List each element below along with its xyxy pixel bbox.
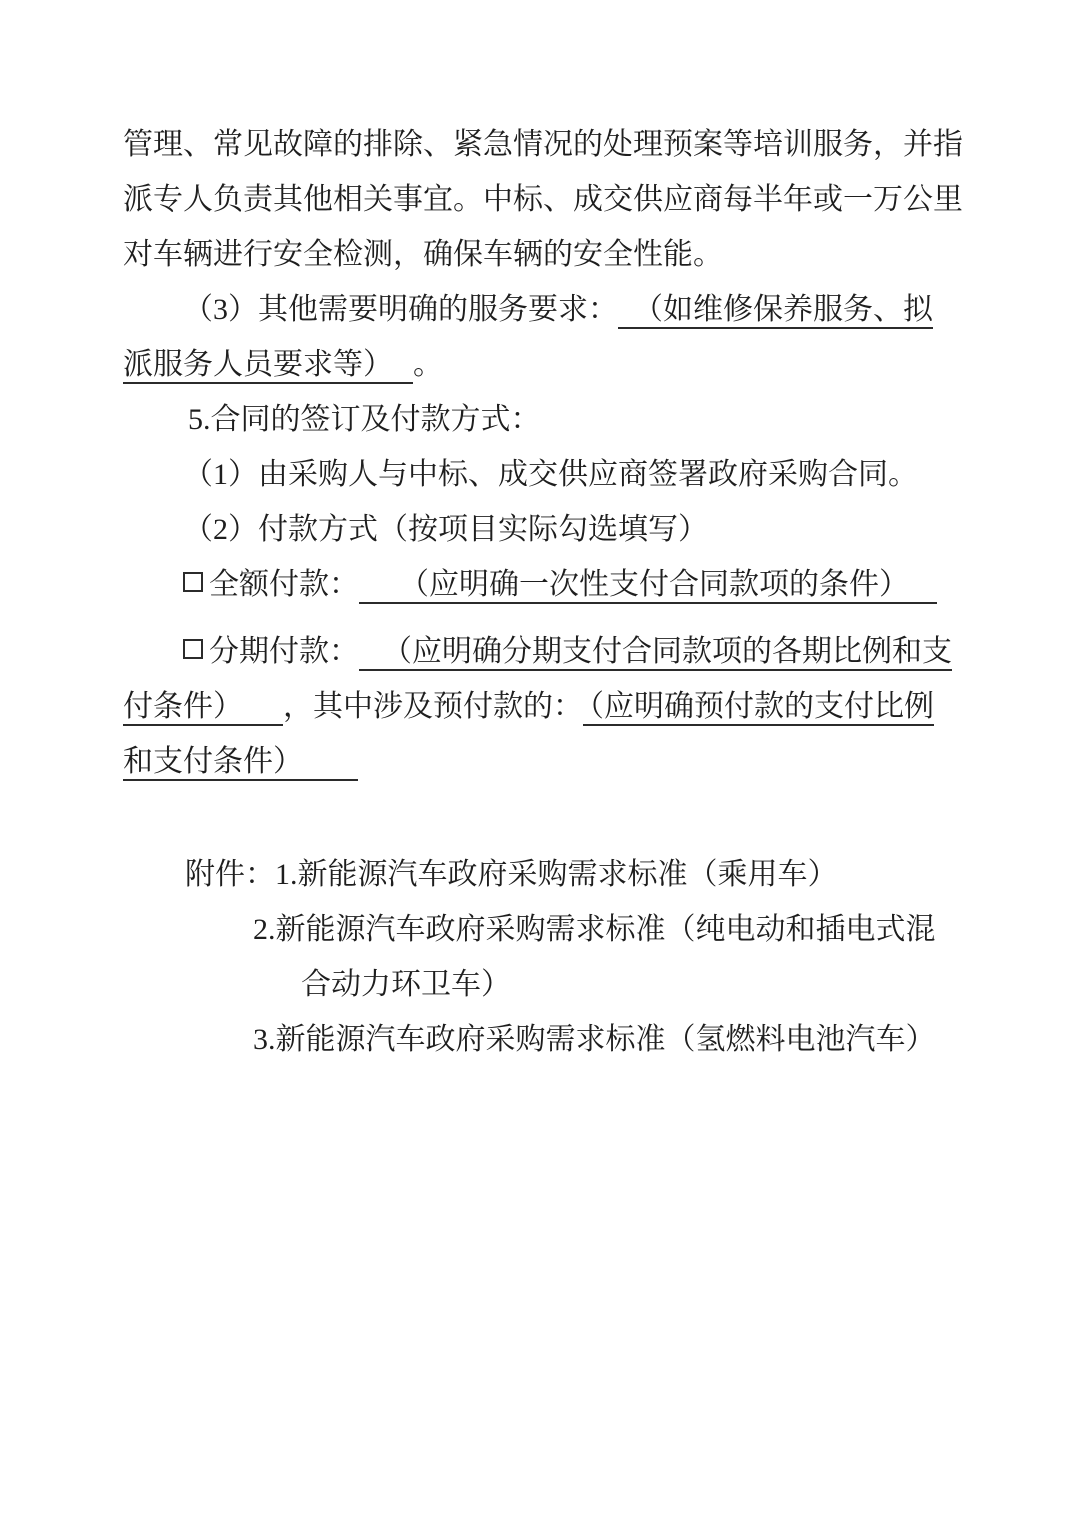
sentence-period: 。 [413,348,443,381]
section-5-heading: 5.合同的签订及付款方式： [123,392,980,447]
section-5-item-2: （2）付款方式（按项目实际勾选填写） [123,502,980,557]
attachment-item-2-continuation: 合动力环卫车） [301,957,980,1012]
blank-underline-prepayment-hint-2: 和支付条件） [123,745,358,781]
prepayment-mid-text: ，其中涉及预付款的： [283,690,583,723]
blank-underline-installment-hint-2: 付条件） [123,690,283,726]
checkbox-icon [183,639,203,659]
other-service-requirements-label: （3）其他需要明确的服务要求： [183,293,618,326]
section-5-item-1: （1）由采购人与中标、成交供应商签署政府采购合同。 [123,447,980,502]
other-service-requirements-continuation: 派服务人员要求等）。 [123,337,980,392]
full-payment-option-line: 全额付款：（应明确一次性支付合同款项的条件） [123,557,980,612]
installment-payment-continuation: 付条件），其中涉及预付款的：（应明确预付款的支付比例 [123,679,980,734]
blank-underline-service-hint-2: 派服务人员要求等） [123,348,413,384]
service-paragraph-line-3: 对车辆进行安全检测，确保车辆的安全性能。 [123,227,980,282]
checkbox-icon [183,572,203,592]
prepayment-continuation: 和支付条件） [123,734,980,789]
full-payment-label: 全额付款： [209,568,359,601]
service-paragraph-line-1: 管理、常见故障的排除、紧急情况的处理预案等培训服务，并指 [123,117,980,172]
blank-underline-service-hint-1: （如维修保养服务、拟 [618,293,933,329]
attachment-item-1: 附件：1.新能源汽车政府采购需求标准（乘用车） [185,847,980,902]
document-page: 管理、常见故障的排除、紧急情况的处理预案等培训服务，并指 派专人负责其他相关事宜… [0,0,1080,1527]
attachments-list: 附件：1.新能源汽车政府采购需求标准（乘用车） 2.新能源汽车政府采购需求标准（… [123,847,980,1067]
installment-payment-label: 分期付款： [209,635,359,668]
attachment-item-3: 3.新能源汽车政府采购需求标准（氢燃料电池汽车） [253,1012,980,1067]
blank-underline-installment-hint-1: （应明确分期支付合同款项的各期比例和支 [359,635,952,671]
installment-payment-option-line: 分期付款：（应明确分期支付合同款项的各期比例和支 [123,624,980,679]
attachment-item-2: 2.新能源汽车政府采购需求标准（纯电动和插电式混 [253,902,980,957]
blank-underline-full-payment-hint: （应明确一次性支付合同款项的条件） [359,568,937,604]
blank-underline-prepayment-hint-1: （应明确预付款的支付比例 [583,690,934,726]
service-paragraph-line-2: 派专人负责其他相关事宜。中标、成交供应商每半年或一万公里 [123,172,980,227]
other-service-requirements-line: （3）其他需要明确的服务要求：（如维修保养服务、拟 [123,282,980,337]
